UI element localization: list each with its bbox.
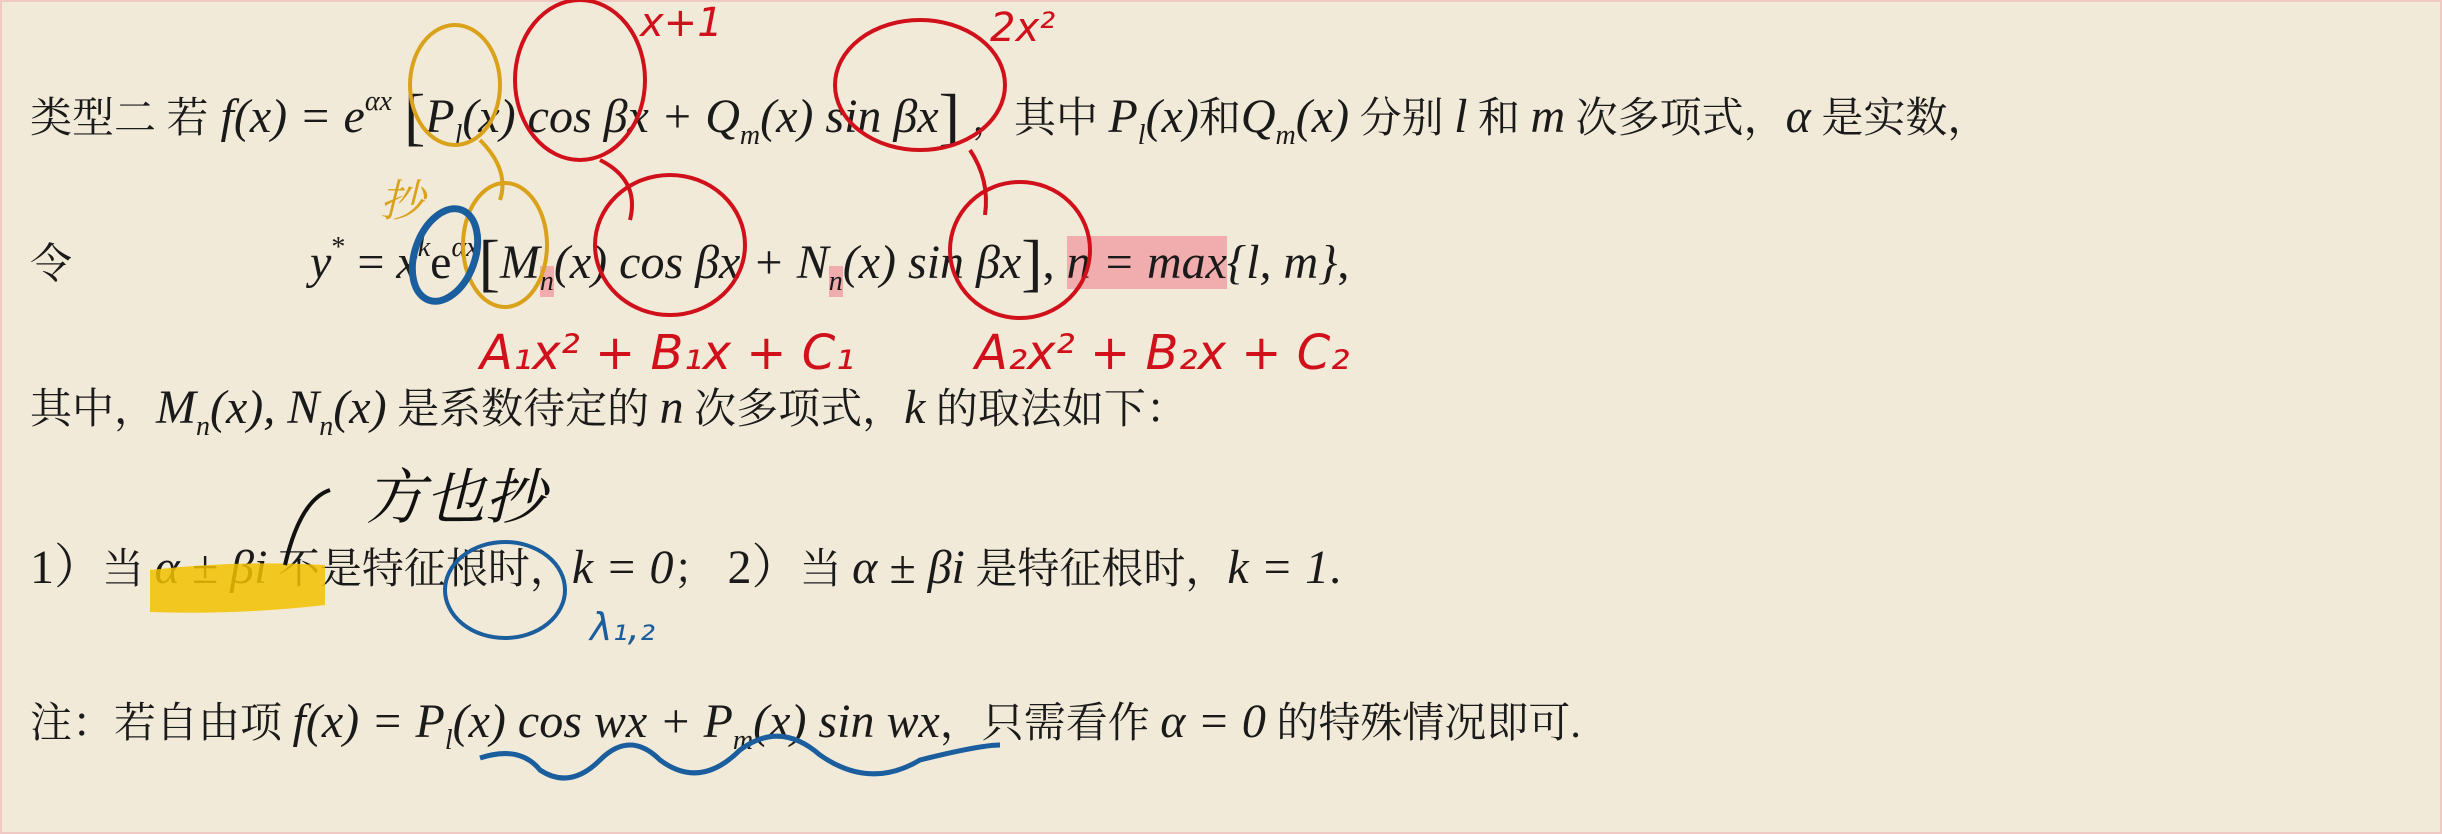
type-two-label: 类型二 若 [30, 96, 209, 142]
case-2-number: 2） [728, 541, 800, 594]
tail-Q-sub: m [1276, 120, 1296, 151]
degree-l: l [1454, 90, 1467, 143]
P-term: (x) cos wx + [453, 695, 704, 748]
text-is-root: 是特征根时， [965, 547, 1228, 593]
bracket-open: [ [404, 81, 425, 152]
line-type-two-definition: 类型二 若 f(x) = eαx [Pl(x) cos βx + Qm(x) s… [30, 72, 1989, 166]
set-l-m: {l, m} [1227, 236, 1337, 289]
text-when-2: 当 [800, 547, 853, 593]
text-qizhong: ，其中 [972, 96, 1109, 142]
k-equals-1: k = 1 [1227, 541, 1329, 594]
n-max-highlighted: n = max [1067, 236, 1227, 289]
M-arg: (x), [210, 381, 287, 434]
k-equals-0: k = 0 [572, 541, 674, 594]
tail-Q: Q [1241, 90, 1276, 143]
alpha-pm-beta-i: α ± βi [155, 541, 268, 594]
case-1-number: 1） [30, 541, 102, 594]
alpha-equals-0: α = 0 [1160, 695, 1266, 748]
bracket-open: [ [479, 227, 500, 298]
annotation-below-M: A₁x² + B₁x + C₁ [480, 325, 855, 381]
text-degree-poly: 次多项式， [684, 387, 905, 433]
comma-end: , [1337, 236, 1349, 289]
M-symbol: M [500, 236, 540, 289]
Q-symbol: Q [705, 90, 740, 143]
N-symbol: N [287, 381, 319, 434]
M-sub: n [196, 411, 210, 442]
tail-P-sub: l [1138, 120, 1146, 151]
P-symbol: P [425, 90, 454, 143]
N-term: (x) sin βx [843, 236, 1022, 289]
M-symbol: M [156, 381, 196, 434]
equals: = [345, 236, 396, 289]
degree-m: m [1530, 90, 1565, 143]
Pm-symbol: P [704, 695, 733, 748]
Q-term: (x) sin βx [760, 90, 939, 143]
tail-Q-arg: (x) [1296, 90, 1349, 143]
text-not-root: 不是特征根时， [267, 547, 572, 593]
period: . [1329, 541, 1341, 594]
N-symbol: N [797, 236, 829, 289]
M-subscript-highlighted: n [540, 266, 554, 297]
annotation-above-line4: 方也抄 [365, 450, 545, 536]
e-exponent: αx [451, 232, 478, 263]
N-subscript-highlighted: n [829, 266, 843, 297]
Q-subscript: m [740, 120, 760, 151]
annotation-above-P: x+1 [640, 0, 723, 46]
y-star: * [331, 232, 345, 263]
Pm-term: (x) sin wx [753, 695, 940, 748]
annotation-above-Q: 2x² [990, 5, 1055, 51]
line-k-cases: 1）当 α ± βi 不是特征根时，k = 0； 2）当 α ± βi 是特征根… [30, 538, 1341, 600]
y-symbol: y [310, 236, 331, 289]
x-power-k: k [418, 232, 430, 263]
degree-n: n [660, 381, 684, 434]
text-polynomial: 次多项式， [1565, 96, 1786, 142]
P-term: (x) cos βx + [462, 90, 705, 143]
annotation-copy-yellow: 抄 [380, 165, 424, 229]
annotation-below-N: A₂x² + B₂x + C₂ [975, 325, 1350, 381]
text-he: 和 [1199, 96, 1241, 142]
text-undetermined: 是系数待定的 [387, 387, 660, 433]
text-note: 注：若自由项 [30, 701, 293, 747]
P-sub: l [445, 725, 453, 756]
alpha-pm-beta-i-2: α ± βi [852, 541, 965, 594]
alpha-symbol: α [1786, 90, 1811, 143]
line-where-clause: 其中，Mn(x), Nn(x) 是系数待定的 n 次多项式，k 的取法如下： [30, 378, 1188, 457]
P-symbol: P [416, 695, 445, 748]
k-symbol: k [904, 381, 925, 434]
line-note: 注：若自由项 f(x) = Pl(x) cos wx + Pm(x) sin w… [30, 692, 1581, 771]
N-sub: n [319, 411, 333, 442]
Pm-sub: m [733, 725, 753, 756]
annotation-lambda: λ₁,₂ [590, 605, 655, 649]
bracket-close: ] [1021, 227, 1042, 298]
text-only-need: ，只需看作 [940, 701, 1161, 747]
text-k-rule: 的取法如下： [925, 387, 1188, 433]
text-special-case: 的特殊情况即可. [1266, 701, 1581, 747]
bracket-close: ] [939, 81, 960, 152]
text-real: 是实数， [1811, 96, 1990, 142]
text-fenbie: 分别 [1349, 96, 1454, 142]
text-when: 当 [102, 547, 155, 593]
tail-P-arg: (x) [1146, 90, 1199, 143]
N-arg: (x) [333, 381, 386, 434]
e-symbol: e [430, 236, 451, 289]
text-where: 其中， [30, 387, 156, 433]
text-he2: 和 [1467, 96, 1530, 142]
semicolon: ； [674, 547, 716, 593]
tail-P: P [1108, 90, 1137, 143]
f-of-x: f(x) = [293, 695, 416, 748]
let-label: 令 [30, 235, 310, 295]
x-symbol: x [396, 236, 417, 289]
f-equals-e: f(x) = e [221, 90, 365, 143]
comma: , [1043, 236, 1067, 289]
M-term: (x) cos βx + [554, 236, 797, 289]
line-particular-solution: 令y* = xkeαx[Mn(x) cos βx + Nn(x) sin βx]… [30, 218, 1349, 312]
exponent-alpha-x: αx [365, 86, 392, 117]
